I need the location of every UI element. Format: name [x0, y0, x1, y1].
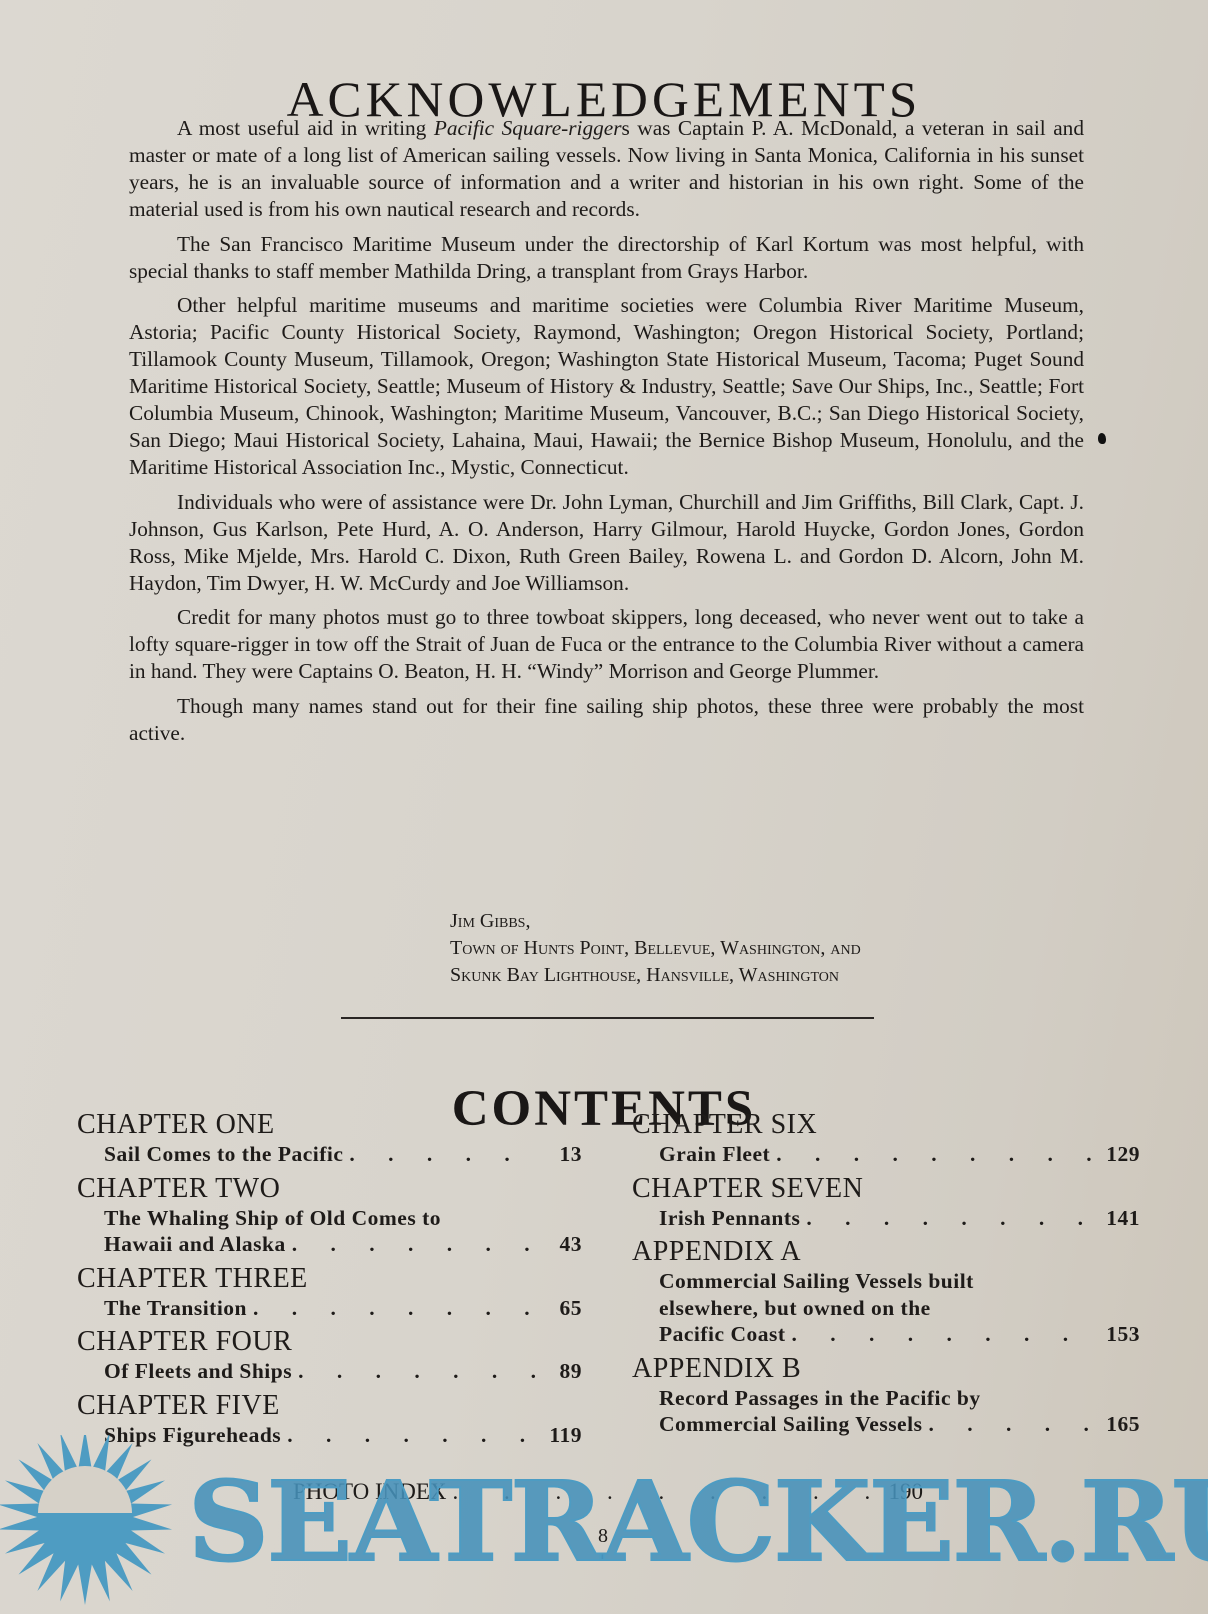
toc-right-column: CHAPTER SIXGrain Fleet. . . . . . . . . … [632, 1108, 1140, 1442]
toc-subtitle: Grain Fleet. . . . . . . . . . . . . . .… [659, 1141, 1140, 1168]
ack-paragraph: Individuals who were of assistance were … [129, 489, 1084, 597]
ack-paragraph: A most useful aid in writing Pacific Squ… [129, 115, 1084, 223]
toc-line: Pacific Coast. . . . . . . . . . . . . .… [659, 1321, 1140, 1348]
toc-subtitle-line: Record Passages in the Pacific by [659, 1385, 1140, 1412]
signature-name: Jim Gibbs, [450, 908, 861, 935]
watermark-text: SEATRACKER.RU [188, 1468, 1208, 1578]
ink-speck [1098, 433, 1106, 444]
ack-paragraph: Though many names stand out for their fi… [129, 693, 1084, 747]
leader-dots: . . . . . . . . . . . . . . . . [253, 1295, 538, 1322]
leader-dots: . . . . . . . . . . . . . . . . [349, 1141, 538, 1168]
toc-page-number: 165 [1102, 1411, 1140, 1438]
section-divider [341, 1017, 874, 1019]
toc-entry[interactable]: APPENDIX ACommercial Sailing Vessels bui… [632, 1235, 1140, 1348]
toc-page-number: 119 [544, 1422, 582, 1449]
toc-page-number: 65 [544, 1295, 582, 1322]
toc-line: Grain Fleet. . . . . . . . . . . . . . .… [659, 1141, 1140, 1168]
toc-entry[interactable]: CHAPTER TWOThe Whaling Ship of Old Comes… [77, 1172, 582, 1258]
toc-page-number: 141 [1102, 1205, 1140, 1232]
toc-line: Sail Comes to the Pacific. . . . . . . .… [104, 1141, 582, 1168]
toc-subtitle-line: The Whaling Ship of Old Comes to [104, 1205, 582, 1232]
toc-page-number: 129 [1102, 1141, 1140, 1168]
book-title: Pacific Square-rigger [434, 116, 622, 140]
toc-subtitle-line: Sail Comes to the Pacific [104, 1141, 343, 1168]
toc-subtitle-line: Of Fleets and Ships [104, 1358, 292, 1385]
toc-heading: CHAPTER THREE [77, 1262, 582, 1295]
toc-subtitle-line: Pacific Coast [659, 1321, 786, 1348]
sun-burst-icon [0, 1435, 172, 1605]
leader-dots: . . . . . . . . . . . . . . . . [792, 1321, 1096, 1348]
toc-subtitle-line: Commercial Sailing Vessels [659, 1411, 922, 1438]
toc-entry[interactable]: CHAPTER SEVENIrish Pennants. . . . . . .… [632, 1172, 1140, 1232]
toc-entry[interactable]: CHAPTER FOUROf Fleets and Ships. . . . .… [77, 1325, 582, 1385]
leader-dots: . . . . . . . . . . . . . . . . [806, 1205, 1096, 1232]
ack-paragraph: The San Francisco Maritime Museum under … [129, 231, 1084, 285]
toc-heading: APPENDIX B [632, 1352, 1140, 1385]
toc-line: The Transition. . . . . . . . . . . . . … [104, 1295, 582, 1322]
book-page: ACKNOWLEDGEMENTS A most useful aid in wr… [0, 0, 1208, 1614]
signature-line: Town of Hunts Point, Bellevue, Washingto… [450, 935, 861, 962]
toc-line: Ships Figureheads. . . . . . . . . . . .… [104, 1422, 582, 1449]
author-signature: Jim Gibbs, Town of Hunts Point, Bellevue… [450, 908, 861, 989]
toc-subtitle-line: The Transition [104, 1295, 247, 1322]
toc-heading: CHAPTER TWO [77, 1172, 582, 1205]
toc-subtitle: The Whaling Ship of Old Comes toHawaii a… [104, 1205, 582, 1258]
toc-subtitle-line: Hawaii and Alaska [104, 1231, 286, 1258]
toc-line: Hawaii and Alaska. . . . . . . . . . . .… [104, 1231, 582, 1258]
toc-page-number: 43 [544, 1231, 582, 1258]
toc-line: Commercial Sailing Vessels. . . . . . . … [659, 1411, 1140, 1438]
toc-subtitle: Sail Comes to the Pacific. . . . . . . .… [104, 1141, 582, 1168]
toc-subtitle-line: Grain Fleet [659, 1141, 770, 1168]
toc-heading: CHAPTER SIX [632, 1108, 1140, 1141]
toc-line: Irish Pennants. . . . . . . . . . . . . … [659, 1205, 1140, 1232]
ack-paragraph: Other helpful maritime museums and marit… [129, 292, 1084, 480]
toc-entry[interactable]: CHAPTER ONESail Comes to the Pacific. . … [77, 1108, 582, 1168]
toc-subtitle: The Transition. . . . . . . . . . . . . … [104, 1295, 582, 1322]
toc-heading: CHAPTER FOUR [77, 1325, 582, 1358]
toc-subtitle-line: elsewhere, but owned on the [659, 1295, 1140, 1322]
page-number: 8 [598, 1525, 608, 1548]
toc-left-column: CHAPTER ONESail Comes to the Pacific. . … [77, 1108, 582, 1452]
toc-subtitle-line: Ships Figureheads [104, 1422, 281, 1449]
leader-dots: . . . . . . . . . . . . . . . . [776, 1141, 1096, 1168]
leader-dots: . . . . . . . . . . . . . . . . [928, 1411, 1096, 1438]
toc-subtitle-line: Commercial Sailing Vessels built [659, 1268, 1140, 1295]
toc-line: Of Fleets and Ships. . . . . . . . . . .… [104, 1358, 582, 1385]
signature-line: Skunk Bay Lighthouse, Hansville, Washing… [450, 962, 861, 989]
toc-heading: CHAPTER SEVEN [632, 1172, 1140, 1205]
toc-entry[interactable]: CHAPTER THREEThe Transition. . . . . . .… [77, 1262, 582, 1322]
toc-subtitle: Of Fleets and Ships. . . . . . . . . . .… [104, 1358, 582, 1385]
toc-entry[interactable]: APPENDIX BRecord Passages in the Pacific… [632, 1352, 1140, 1438]
toc-heading: APPENDIX A [632, 1235, 1140, 1268]
ack-text: A most useful aid in writing [177, 116, 434, 140]
toc-entry[interactable]: CHAPTER SIXGrain Fleet. . . . . . . . . … [632, 1108, 1140, 1168]
toc-subtitle-line: Irish Pennants [659, 1205, 800, 1232]
toc-subtitle: Ships Figureheads. . . . . . . . . . . .… [104, 1422, 582, 1449]
acknowledgements-body: A most useful aid in writing Pacific Squ… [129, 115, 1084, 755]
toc-subtitle: Record Passages in the Pacific byCommerc… [659, 1385, 1140, 1438]
leader-dots: . . . . . . . . . . . . . . . . [287, 1422, 538, 1449]
ack-paragraph: Credit for many photos must go to three … [129, 604, 1084, 685]
toc-page-number: 13 [544, 1141, 582, 1168]
toc-page-number: 89 [544, 1358, 582, 1385]
leader-dots: . . . . . . . . . . . . . . . . [298, 1358, 538, 1385]
toc-heading: CHAPTER FIVE [77, 1389, 582, 1422]
toc-subtitle: Irish Pennants. . . . . . . . . . . . . … [659, 1205, 1140, 1232]
toc-heading: CHAPTER ONE [77, 1108, 582, 1141]
toc-entry[interactable]: CHAPTER FIVEShips Figureheads. . . . . .… [77, 1389, 582, 1449]
toc-subtitle: Commercial Sailing Vessels builtelsewher… [659, 1268, 1140, 1348]
leader-dots: . . . . . . . . . . . . . . . . [292, 1231, 538, 1258]
toc-page-number: 153 [1102, 1321, 1140, 1348]
